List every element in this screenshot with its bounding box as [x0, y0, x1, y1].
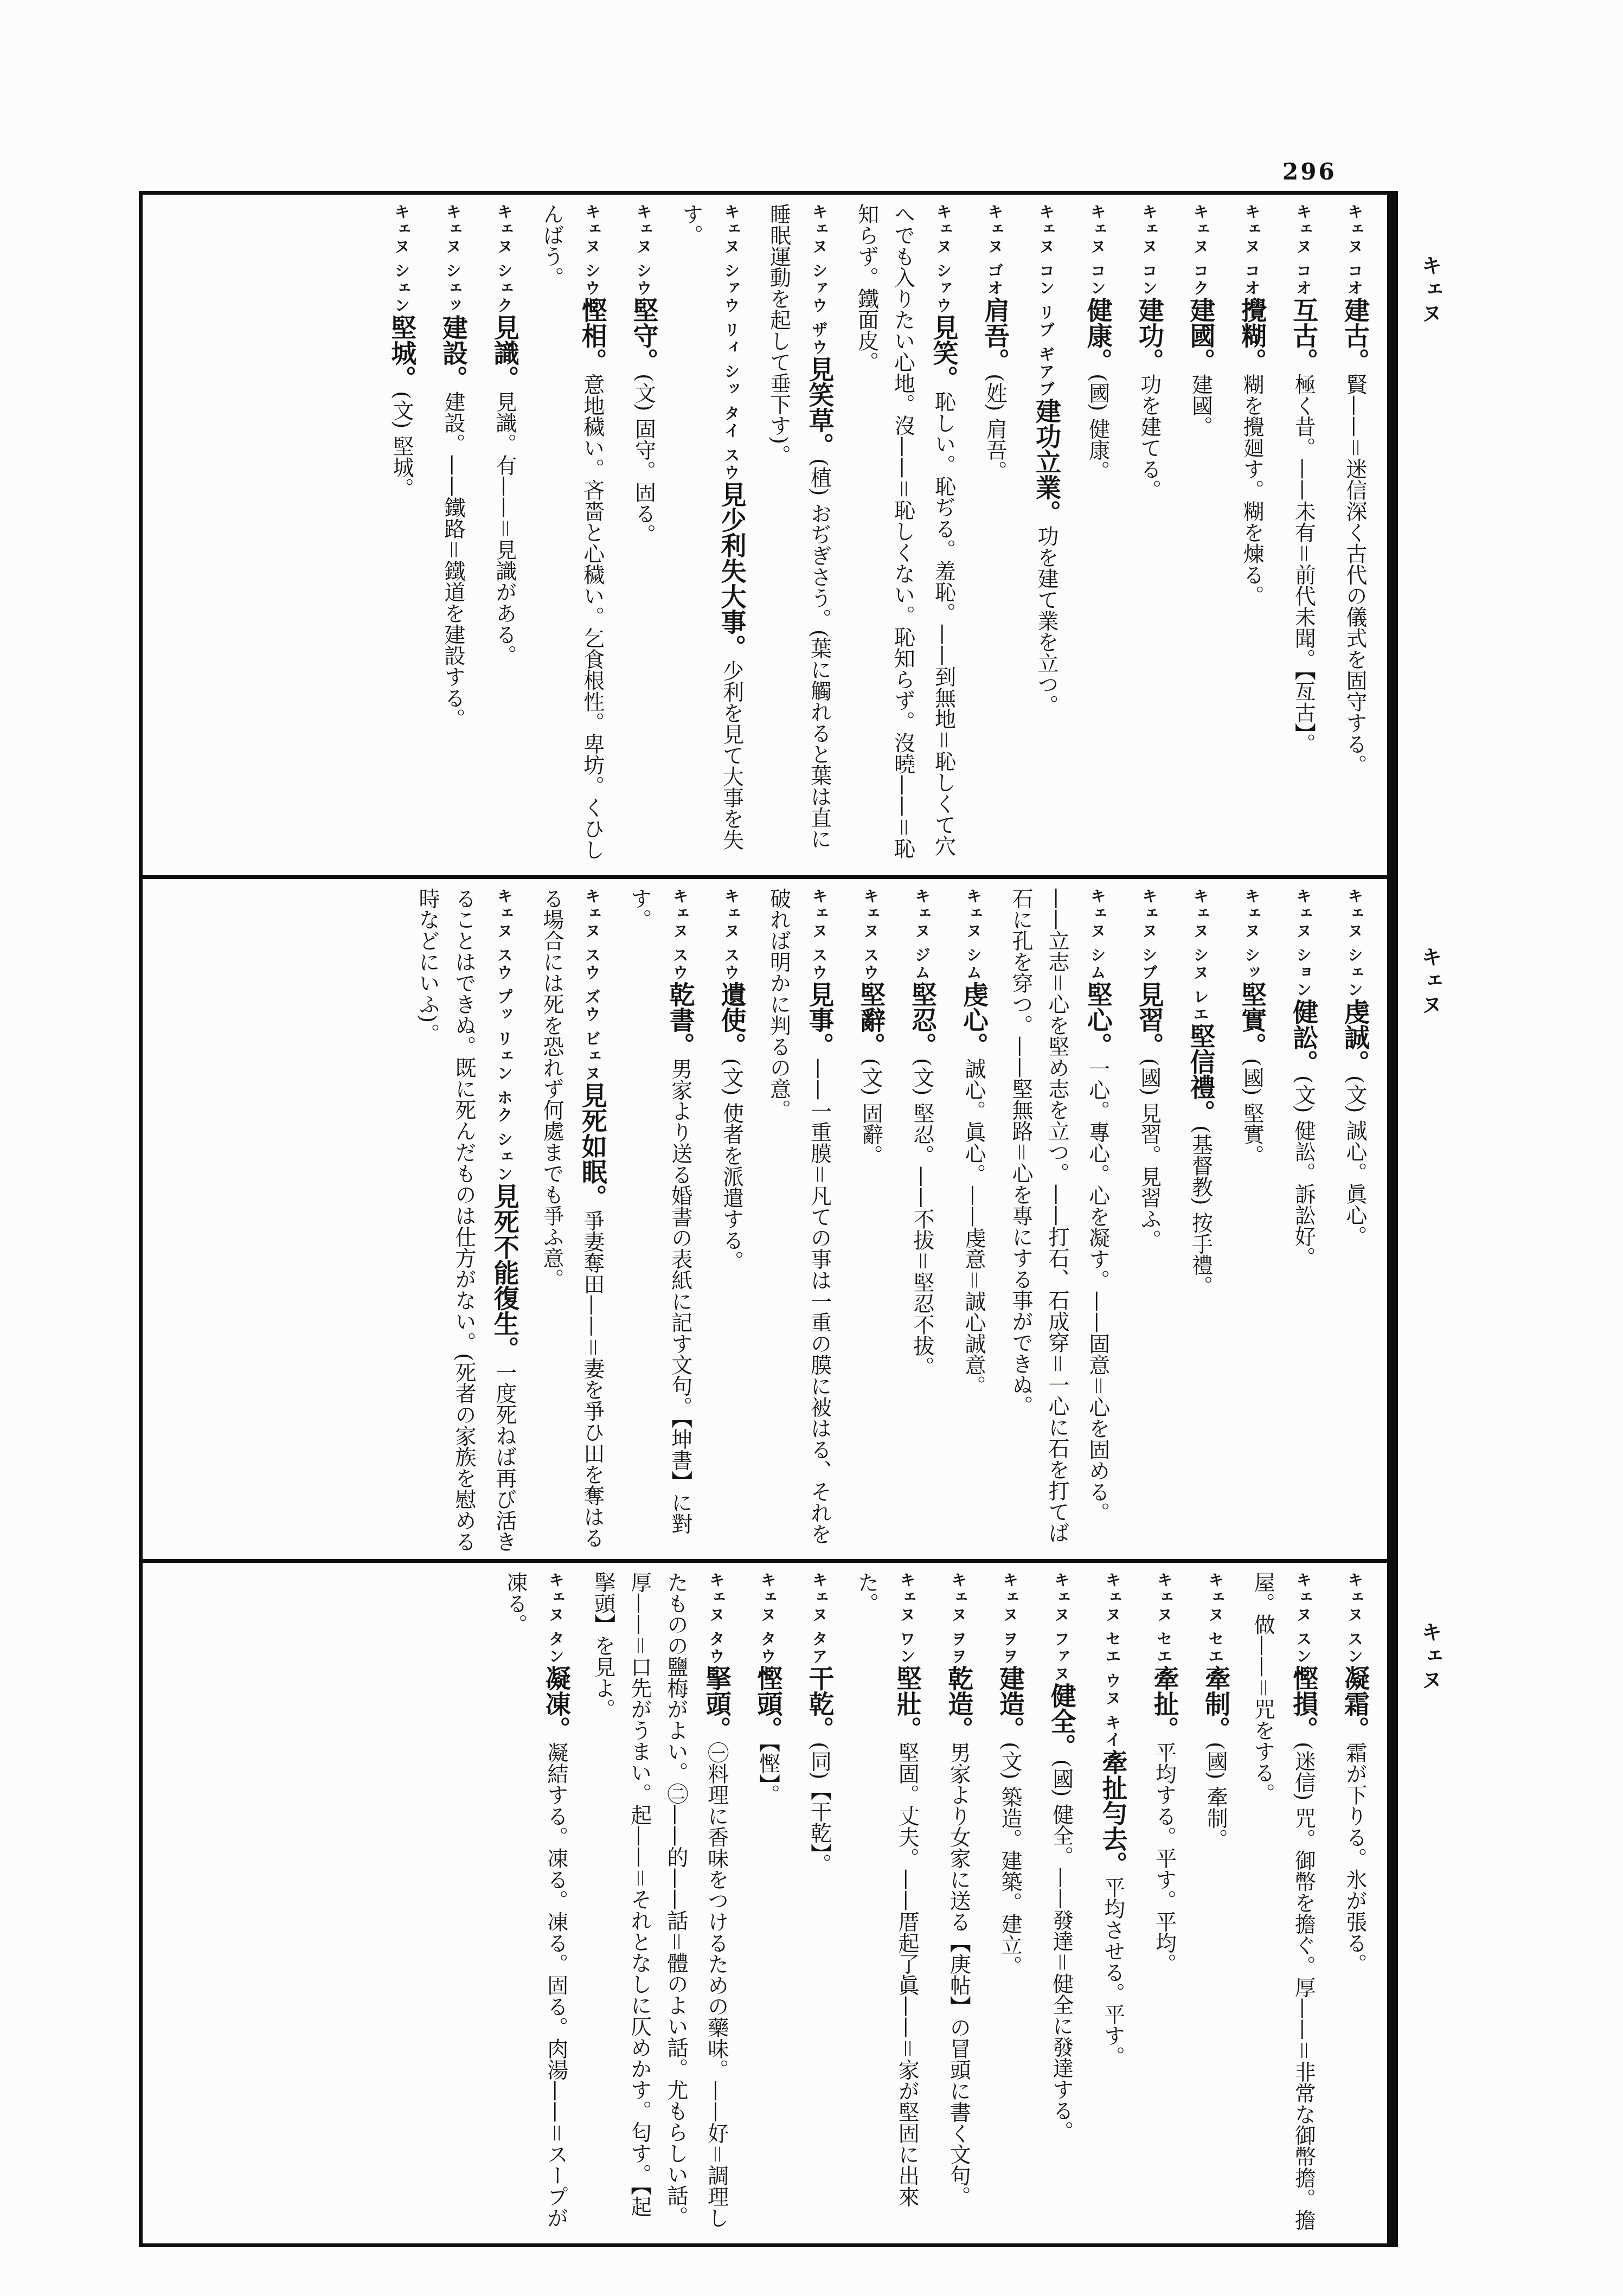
- entry-band-middle: キェヌ シェン虔誠。(文) 誠心。眞心。キェヌ ション健訟。(文) 健訟。訴訟好…: [143, 875, 1387, 1560]
- dictionary-entry: キェヌ シム堅心。一心。專心。心を凝す。——固意＝心を固める。——立志＝心を堅め…: [1003, 888, 1119, 1553]
- dictionary-entry: キェヌ ファヌ健全。(國) 健全。——發達＝健全に發達する。: [1039, 1572, 1083, 2237]
- entry-headword: 建功立業。: [1031, 398, 1067, 525]
- entry-headword: 建造。: [995, 1665, 1030, 1742]
- dictionary-entry: キェヌ ヲヲ乾造。男家より女家に送る【庚帖】の冒頭に書く文句。: [936, 1572, 980, 2237]
- entry-headword: 慳頭。: [753, 1665, 788, 1742]
- entry-pronunciation: キェヌ セエ ウヌ キイ: [1104, 1572, 1122, 1749]
- dictionary-entry: キェヌ タウ慳頭。【慳】。: [746, 1572, 790, 2237]
- entry-headword: 見少利失大事。: [716, 482, 752, 660]
- entry-headword: 肩吾。: [980, 297, 1015, 374]
- entry-gloss: (國) 健全。——發達＝健全に發達する。: [1049, 1759, 1077, 2142]
- dictionary-entry: キェヌ スウ堅辭。(文) 固辭。: [848, 888, 892, 1553]
- entry-pronunciation: キェヌ コオ: [1345, 203, 1364, 297]
- entry-pronunciation: キェヌ タウ: [759, 1572, 777, 1665]
- dictionary-entry: キェヌ コン建功。功を建てる。: [1127, 203, 1171, 869]
- dictionary-entry: キェヌ シェク見識。見識。有——＝見識がある。: [482, 203, 526, 869]
- entry-headword: 建古。: [1340, 297, 1375, 374]
- entry-pronunciation: キェヌ シァウ ザウ: [810, 203, 828, 356]
- dictionary-entry: キェヌ シヌ レエ堅信禮。(基督教) 按手禮。: [1178, 888, 1222, 1553]
- dictionary-entry: キェヌ ヲヲ建造。(文) 築造。建築。建立。: [987, 1572, 1031, 2237]
- entry-headword: 乾書。: [665, 982, 701, 1058]
- entry-headword: 建功。: [1134, 297, 1170, 374]
- entry-pronunciation: キェヌ シヌ レエ: [1191, 888, 1210, 1023]
- entry-headword: 遺使。: [716, 982, 752, 1058]
- entry-band-bottom: キェヌ スン凝霜。霜が下りる。氷が張る。キェヌ スン慳損。(迷信) 咒。御幣を擔…: [143, 1559, 1387, 2243]
- entry-headword: 堅城。: [387, 315, 422, 391]
- entry-headword: 建設。: [438, 315, 473, 391]
- entry-gloss: (文) 誠心。眞心。: [1343, 1075, 1370, 1247]
- dictionary-entry: キェヌ セエ ウヌ キイ牽扯勻去。平均させる。平す。: [1090, 1572, 1134, 2237]
- dictionary-entry: キェヌ コオ建古。賢——＝迷信深く古代の儀式を固守する。: [1332, 203, 1376, 869]
- entry-headword: 見事。: [804, 982, 839, 1058]
- entry-headword: 堅信禮。: [1186, 1023, 1221, 1125]
- dictionary-entry: キェヌ スウ乾書。男家より送る婚書の表紙に記す文句。【坤書】に對す。: [621, 888, 702, 1553]
- dictionary-entry: キェヌ シァウ見笑。恥しい。恥ぢる。羞恥。——到無地＝恥しくて穴へでも入りたい心…: [848, 203, 965, 869]
- entry-pronunciation: キェヌ シム: [964, 888, 983, 982]
- entry-gloss: (國) 牽制。: [1203, 1742, 1231, 1850]
- entry-headword: 凝凍。: [541, 1665, 576, 1742]
- dictionary-entry: キェヌ シァウ リィ シッ タイ スウ見少利失大事。少利を見て大事を失す。: [673, 203, 753, 869]
- entry-gloss: 誠心。眞心。——虔意＝誠心誠意。: [961, 1058, 989, 1396]
- entry-headword: 干乾。: [804, 1665, 839, 1742]
- entry-headword: 健全。: [1047, 1683, 1082, 1759]
- dictionary-entry: キェヌ ジム堅忍。(文) 堅忍。——不拔＝堅忍不拔。: [900, 888, 944, 1553]
- entry-gloss: (文) 健訟。訴訟好。: [1291, 1075, 1319, 1268]
- entry-gloss: 【慳】。: [756, 1742, 784, 1805]
- entry-gloss: (文) 堅忍。——不拔＝堅忍不拔。: [910, 1058, 938, 1377]
- margin-tab-kenn-3: キェヌ: [1415, 1621, 1445, 1693]
- entry-pronunciation: キェヌ スウ ズウ ビェヌ: [583, 888, 601, 1082]
- entry-headword: 見死如眠。: [578, 1082, 613, 1210]
- entry-pronunciation: キェヌ ヲヲ: [1000, 1572, 1019, 1665]
- entry-headword: 見笑草。: [804, 356, 839, 458]
- dictionary-entry: キェヌ シェン虔誠。(文) 誠心。眞心。: [1332, 888, 1376, 1553]
- entry-pronunciation: キェヌ スウ: [671, 888, 689, 982]
- dictionary-entry: キェヌ シェン堅城。(文) 堅城。: [379, 203, 423, 869]
- entry-gloss: 功を建てる。: [1137, 374, 1165, 501]
- entry-pronunciation: キェヌ コン: [1088, 203, 1107, 297]
- entry-pronunciation: キェヌ シェン: [1345, 888, 1364, 999]
- dictionary-entry: キェヌ ワン堅壯。堅固。丈夫。——厝起了眞——＝家が堅固に出來た。: [848, 1572, 928, 2237]
- entry-headword: 慳損。: [1288, 1665, 1324, 1742]
- entry-pronunciation: キェヌ シェク: [495, 203, 514, 315]
- entry-pronunciation: キェヌ ファヌ: [1052, 1572, 1070, 1683]
- entry-headword: 健訟。: [1288, 999, 1324, 1075]
- dictionary-entry: キェヌ コン リブ ギアブ建功立業。功を建て業を立つ。: [1024, 203, 1068, 869]
- dictionary-entry: キェヌ スウ遺使。(文) 使者を派遣する。: [709, 888, 753, 1553]
- entry-pronunciation: キェヌ セエ: [1206, 1572, 1224, 1665]
- entry-headword: 堅壯。: [892, 1665, 927, 1742]
- entry-headword: 見識。: [490, 315, 525, 391]
- entry-gloss: 男家より女家に送る【庚帖】の冒頭に書く文句。: [946, 1742, 974, 2207]
- entry-gloss: (文) 築造。建築。建立。: [998, 1742, 1025, 1977]
- entry-gloss: (文) 固辭。: [858, 1058, 886, 1166]
- entry-pronunciation: キェヌ シブ: [1140, 888, 1158, 982]
- entry-headword: 堅守。: [629, 297, 664, 374]
- entry-gloss: (國) 健康。: [1086, 374, 1113, 482]
- entry-pronunciation: キェヌ コン: [1140, 203, 1158, 297]
- dictionary-entry: キェヌ タウ掔頭。㊀料理に香味をつけるための藥味。——好＝調理したものの鹽梅がよ…: [585, 1572, 738, 2237]
- dictionary-entry: キェヌ タア干乾。(同)【干乾】。: [797, 1572, 841, 2237]
- entry-headword: 互古。: [1288, 297, 1324, 374]
- entry-pronunciation: キェヌ コオ: [1242, 203, 1261, 297]
- entry-pronunciation: キェヌ シッ: [1242, 888, 1261, 982]
- entry-pronunciation: キェヌ シェン: [392, 203, 410, 315]
- dictionary-entry: キェヌ コン健康。(國) 健康。: [1075, 203, 1119, 869]
- entry-gloss: 建設。——鐵路＝鐵道を建設する。: [441, 391, 469, 729]
- margin-tab-kenn-1: キェヌ: [1415, 255, 1445, 326]
- entry-pronunciation: キェヌ タア: [810, 1572, 828, 1665]
- entry-pronunciation: キェヌ タウ: [707, 1572, 726, 1665]
- entry-gloss: (文) 使者を派遣する。: [719, 1058, 747, 1272]
- entry-pronunciation: キェヌ スン: [1345, 1572, 1364, 1665]
- entry-pronunciation: キェヌ コオ: [1294, 203, 1312, 297]
- entry-headword: 慳相。: [578, 297, 613, 374]
- dictionary-entry: キェヌ スウ ズウ ビェヌ見死如眠。爭妻奪田——＝妻を爭ひ田を奪はるる場合には死…: [534, 888, 614, 1553]
- entry-gloss: 賢——＝迷信深く古代の儀式を固守する。: [1343, 374, 1370, 775]
- dictionary-entry: キェヌ スウ プッ リェン ホク シェン見死不能復生。一度死ねば再び活きることは…: [409, 888, 526, 1553]
- dictionary-entry: キェヌ コオ攪糊。糊を攪廻す。糊を煉る。: [1230, 203, 1274, 869]
- entry-pronunciation: キェヌ スン: [1294, 1572, 1312, 1665]
- entry-pronunciation: キェヌ セエ: [1154, 1572, 1173, 1665]
- entry-headword: 堅心。: [1083, 982, 1118, 1058]
- entry-gloss: 見識。有——＝見識がある。: [492, 391, 520, 666]
- dictionary-entry: キェヌ スウ見事。——一重膜＝凡ての事は一重の膜に被はる、それを破れば明かに判る…: [760, 888, 841, 1553]
- entry-pronunciation: キェヌ ション: [1294, 888, 1312, 999]
- page-number: 296: [1282, 158, 1337, 185]
- entry-gloss: (國) 見習。見習ふ。: [1137, 1058, 1165, 1250]
- dictionary-entry: キェヌ セエ牽扯。平均する。平す。平均。: [1142, 1572, 1186, 2237]
- entry-headword: 攪糊。: [1237, 297, 1272, 374]
- entry-pronunciation: キェヌ シウ: [634, 203, 653, 297]
- entry-headword: 虔誠。: [1340, 999, 1375, 1075]
- dictionary-entry: キェヌ シァウ ザウ見笑草。(植) おぢぎさう。(葉に觸れると葉は直に睡眠運動を…: [760, 203, 841, 869]
- entry-gloss: 功を建て業を立つ。: [1034, 525, 1062, 716]
- entry-headword: 牽扯勻去。: [1098, 1749, 1133, 1877]
- entry-pronunciation: キェヌ コク: [1191, 203, 1210, 297]
- entry-headword: 建國。: [1186, 297, 1221, 374]
- entry-pronunciation: キェヌ ワン: [897, 1572, 916, 1665]
- entry-headword: 凝霜。: [1340, 1665, 1375, 1742]
- dictionary-entry: キェヌ シウ慳相。意地穢い。吝嗇と心穢い。乞食根性。卑坊。くひしんばう。: [534, 203, 614, 869]
- entry-gloss: 糊を攪廻す。糊を煉る。: [1240, 374, 1267, 606]
- entry-headword: 乾造。: [944, 1665, 979, 1742]
- entry-gloss: (國) 堅實。: [1240, 1058, 1267, 1166]
- entry-headword: 牽制。: [1201, 1665, 1236, 1742]
- entry-pronunciation: キェヌ シウ: [583, 203, 601, 297]
- entry-pronunciation: キェヌ シァウ: [934, 203, 952, 315]
- dictionary-entry: キェヌ コオ互古。極く昔。——未有＝前代未聞。【亙古】。: [1281, 203, 1325, 869]
- entry-pronunciation: キェヌ シァウ リィ シッ タイ スウ: [722, 203, 740, 482]
- entry-headword: 牽扯。: [1149, 1665, 1184, 1742]
- entry-gloss: 霜が下りる。氷が張る。: [1343, 1742, 1370, 1974]
- dictionary-entry: キェヌ コク建國。建國。: [1178, 203, 1222, 869]
- dictionary-entry: キェヌ シッ堅實。(國) 堅實。: [1230, 888, 1274, 1553]
- entry-gloss: (文) 堅城。: [389, 391, 417, 499]
- entry-pronunciation: キェヌ コン リブ ギアブ: [1037, 203, 1055, 398]
- entry-pronunciation: キェヌ ジム: [913, 888, 931, 982]
- dictionary-entry: キェヌ スン慳損。(迷信) 咒。御幣を擔ぐ。厚——＝非常な御幣擔。擔屋。做——＝…: [1244, 1572, 1325, 2237]
- entry-gloss: 平均する。平す。平均。: [1152, 1742, 1179, 1974]
- entry-pronunciation: キェヌ シム: [1088, 888, 1107, 982]
- entry-band-top: キェヌ コオ建古。賢——＝迷信深く古代の儀式を固守する。キェヌ コオ互古。極く昔…: [143, 195, 1387, 875]
- dictionary-entry: キェヌ シム虔心。誠心。眞心。——虔意＝誠心誠意。: [951, 888, 995, 1553]
- entry-headword: 堅辭。: [856, 982, 891, 1058]
- entry-pronunciation: キェヌ スウ: [861, 888, 880, 982]
- entry-headword: 健康。: [1083, 297, 1118, 374]
- entry-gloss: 極く昔。——未有＝前代未聞。【亙古】。: [1291, 374, 1319, 754]
- entry-headword: 見死不能復生。: [490, 1183, 525, 1362]
- entry-gloss: (姓) 肩吾。: [983, 374, 1010, 482]
- dictionary-entry: キェヌ ゴオ肩吾。(姓) 肩吾。: [972, 203, 1016, 869]
- entry-headword: 見笑。: [928, 315, 964, 391]
- dictionary-entry: キェヌ シウ堅守。(文) 固守。固る。: [621, 203, 665, 869]
- dictionary-entry: キェヌ ション健訟。(文) 健訟。訴訟好。: [1281, 888, 1325, 1553]
- entry-pronunciation: キェヌ スウ: [722, 888, 740, 982]
- entry-pronunciation: キェヌ ヲヲ: [949, 1572, 967, 1665]
- entry-pronunciation: キェヌ タン: [547, 1572, 565, 1665]
- entry-gloss: (基督教) 按手禮。: [1189, 1125, 1216, 1297]
- dictionary-page: 296 キェヌ キェヌ キェヌ キェヌ コオ建古。賢——＝迷信深く古代の儀式を固…: [0, 0, 1623, 2296]
- entry-gloss: (文) 固守。固る。: [632, 374, 659, 545]
- margin-tab-kenn-2: キェヌ: [1415, 946, 1445, 1018]
- entry-gloss: 平均させる。平す。: [1101, 1877, 1128, 2067]
- text-frame: キェヌ コオ建古。賢——＝迷信深く古代の儀式を固守する。キェヌ コオ互古。極く昔…: [139, 191, 1398, 2247]
- entry-pronunciation: キェヌ スウ プッ リェン ホク シェン: [495, 888, 514, 1183]
- entry-pronunciation: キェヌ スウ: [810, 888, 828, 982]
- entry-gloss: (同)【干乾】。: [807, 1742, 835, 1875]
- dictionary-entry: キェヌ シブ見習。(國) 見習。見習ふ。: [1127, 888, 1171, 1553]
- entry-headword: 掔頭。: [702, 1665, 737, 1742]
- dictionary-entry: キェヌ タン凝凍。凝結する。凍る。凍る。固る。肉湯——＝スープが凍る。: [497, 1572, 578, 2237]
- entry-headword: 堅忍。: [907, 982, 942, 1058]
- dictionary-entry: キェヌ セエ牽制。(國) 牽制。: [1193, 1572, 1237, 2237]
- entry-headword: 虔心。: [959, 982, 994, 1058]
- entry-headword: 見習。: [1134, 982, 1170, 1058]
- dictionary-entry: キェヌ スン凝霜。霜が下りる。氷が張る。: [1332, 1572, 1376, 2237]
- entry-headword: 堅實。: [1237, 982, 1272, 1058]
- entry-pronunciation: キェヌ ゴオ: [985, 203, 1004, 297]
- entry-pronunciation: キェヌ シェッ: [444, 203, 462, 315]
- dictionary-entry: キェヌ シェッ建設。建設。——鐵路＝鐵道を建設する。: [431, 203, 474, 869]
- entry-gloss: 建國。: [1189, 374, 1216, 437]
